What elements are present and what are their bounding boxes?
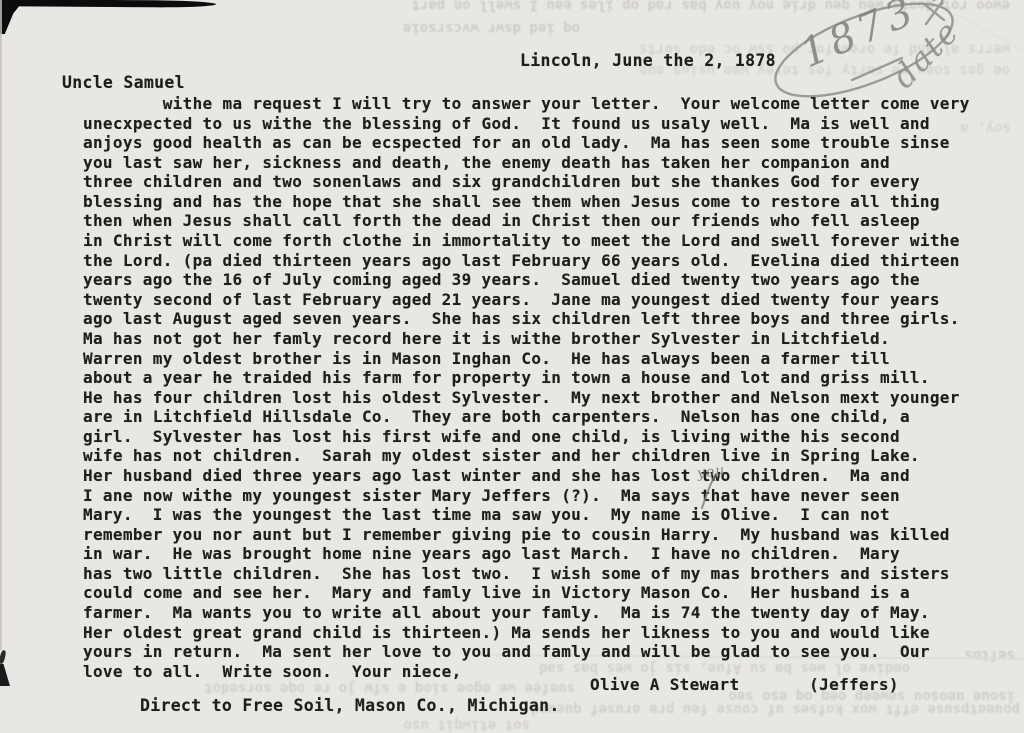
letter-salutation: Uncle Samuel: [62, 73, 185, 92]
scan-artifact-bottom-left: [0, 664, 10, 686]
ghost-text-fragment: suefee we egoe sioq e sfw jo re oqe sors…: [55, 680, 575, 696]
ghost-text-fragment: sot etiwqit uso: [285, 717, 530, 733]
letter-signature: Olive A Stewart (Jeffers): [590, 675, 899, 694]
letter-body-text: withe ma request I will try to answer yo…: [83, 94, 978, 681]
ghost-text-fragment: ewoo rot doots weu qeu drie noy uoy bas …: [228, 0, 1010, 13]
scan-artifact-left-mark: [0, 650, 7, 665]
scanned-letter-page: ewoo rot doots weu qeu drie noy uoy bas …: [0, 0, 1024, 733]
scan-artifact-top-streak: [8, 0, 216, 8]
ghost-text-fragment: oq ied dswr wvcsrsoie: [250, 20, 580, 36]
paper-edge-line: [0, 0, 2, 650]
letter-postscript: Direct to Free Soil, Mason Co., Michigan…: [140, 696, 560, 715]
letter-dateline: Lincoln, June the 2, 1878: [520, 51, 776, 70]
